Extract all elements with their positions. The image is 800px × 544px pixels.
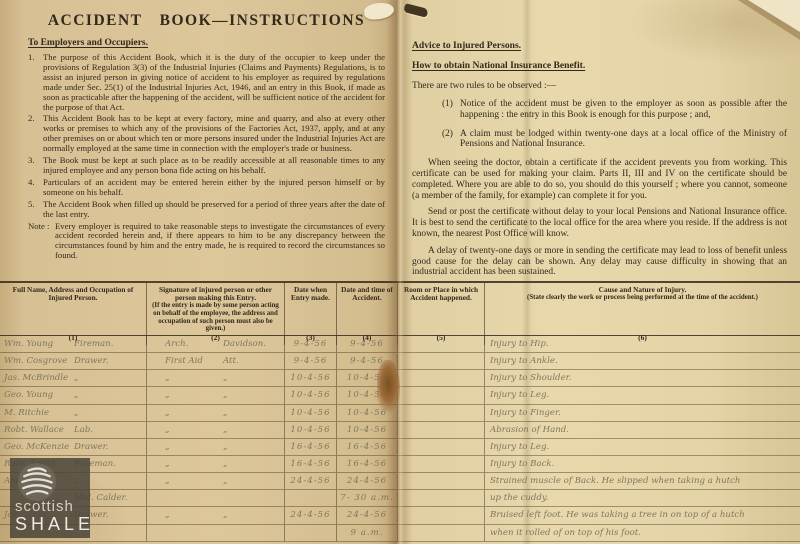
- cause-text: up the cuddy.: [485, 493, 548, 503]
- accident-time: 9 a.m.: [351, 528, 384, 538]
- cause-text: Strained muscle of Back. He slipped when…: [485, 476, 740, 486]
- header-entry-date: Date when Entry made.(3): [285, 283, 337, 345]
- entry-signature: „: [147, 390, 223, 400]
- entry-occupation: Drawer.: [74, 442, 146, 452]
- entry-signature: „: [223, 425, 284, 435]
- cause-text: Injury to Leg.: [485, 442, 549, 452]
- entry-signature: „: [147, 476, 223, 486]
- entry-name: Wm. Cosgrove: [0, 356, 74, 366]
- page-title: ACCIDENT BOOK—INSTRUCTIONS: [28, 12, 385, 30]
- accident-date: 10-4-56: [347, 425, 387, 435]
- cause-text: Injury to Ankle.: [485, 356, 558, 366]
- entry-signature: „: [223, 373, 284, 383]
- advice-paragraph: When seeing the doctor, obtain a certifi…: [412, 158, 787, 201]
- instruction-item: 3.The Book must be kept at such place as…: [28, 156, 385, 176]
- cause-text: Injury to Leg.: [485, 390, 549, 400]
- item-number: 5.: [28, 200, 43, 210]
- entry-signature: „: [223, 510, 284, 520]
- entry-signature: „: [147, 408, 223, 418]
- cause-text: Injury to Shoulder.: [485, 373, 572, 383]
- entry-signature: „: [223, 408, 284, 418]
- entry-signature: „: [147, 442, 223, 452]
- entry-occupation: „: [74, 390, 146, 400]
- entry-date: 16-4-56: [290, 442, 330, 452]
- scottish-shale-watermark: scottish SHALE: [10, 458, 90, 538]
- note-label: Note :: [28, 222, 55, 232]
- entry-signature: „: [223, 442, 284, 452]
- entry-occupation: „: [74, 373, 146, 383]
- accident-date: 24-4-56: [347, 476, 387, 486]
- accident-date: 24-4-56: [347, 510, 387, 520]
- watermark-line2: SHALE: [15, 515, 85, 534]
- accident-book-scan: ACCIDENT BOOK—INSTRUCTIONS To Employers …: [0, 0, 800, 544]
- advice-paragraph: Send or post the certificate without del…: [412, 207, 787, 239]
- rules-intro: There are two rules to be observed :—: [412, 81, 787, 91]
- instruction-item: 5.The Accident Book when filled up shoul…: [28, 200, 385, 220]
- entry-date: 10-4-56: [290, 425, 330, 435]
- cause-text: Injury to Finger.: [485, 408, 561, 418]
- accident-date: 9-4-56: [350, 356, 384, 366]
- header-name: Full Name, Address and Occupation of Inj…: [0, 283, 147, 345]
- advice-paragraph: A delay of twenty-one days or more in se…: [412, 246, 787, 278]
- corner-curl: [748, 0, 800, 32]
- rule-text: A claim must be lodged within twenty-one…: [460, 129, 787, 150]
- instruction-item: 1.The purpose of this Accident Book, whi…: [28, 53, 385, 112]
- item-text: The purpose of this Accident Book, which…: [43, 52, 385, 112]
- cause-text: Abrasion of Hand.: [485, 425, 569, 435]
- entry-date: 10-4-56: [290, 373, 330, 383]
- advice-heading: Advice to Injured Persons.: [412, 40, 787, 51]
- rule-number: (1): [442, 99, 460, 110]
- entry-signature: Att.: [223, 356, 284, 366]
- entry-date: 10-4-56: [290, 390, 330, 400]
- entry-signature: „: [223, 459, 284, 469]
- cause-text: Bruised left foot. He was taking a tree …: [485, 510, 745, 520]
- globe-icon: [18, 463, 56, 501]
- item-number: 1.: [28, 53, 43, 63]
- rule-number: (2): [442, 129, 460, 140]
- entry-signature: „: [147, 425, 223, 435]
- instruction-item: 2.This Accident Book has to be kept at e…: [28, 114, 385, 154]
- item-text: The Book must be kept at such place as t…: [43, 155, 385, 175]
- benefit-heading: How to obtain National Insurance Benefit…: [412, 60, 787, 71]
- accident-date: 16-4-56: [347, 459, 387, 469]
- entry-signature: „: [147, 510, 223, 520]
- cause-text: Injury to Back.: [485, 459, 554, 469]
- entry-occupation: Drawer.: [74, 356, 146, 366]
- entry-name: Geo. McKenzie: [0, 442, 74, 452]
- note-text: Every employer is required to take reaso…: [55, 221, 385, 261]
- entry-signature: „: [223, 390, 284, 400]
- entry-name: Jas. McBrindle: [0, 373, 74, 383]
- item-text: This Accident Book has to be kept at eve…: [43, 113, 385, 153]
- item-number: 3.: [28, 156, 43, 166]
- accident-date: 16-4-56: [347, 442, 387, 452]
- header-cause: Cause and Nature of Injury.(State clearl…: [485, 283, 800, 345]
- entry-signature: „: [147, 373, 223, 383]
- item-number: 2.: [28, 114, 43, 124]
- entry-signature: „: [223, 476, 284, 486]
- instruction-item: 4.Particulars of an accident may be ente…: [28, 178, 385, 198]
- entry-occupation: „: [74, 408, 146, 418]
- entry-date: 10-4-56: [290, 408, 330, 418]
- entry-signature: First Aid: [147, 356, 223, 366]
- rule-item: (2)A claim must be lodged within twenty-…: [412, 129, 787, 151]
- header-signature: Signature of injured person or other per…: [147, 283, 285, 345]
- entry-occupation: Lab.: [74, 425, 146, 435]
- item-text: Particulars of an accident may be entere…: [43, 177, 385, 197]
- rule-item: (1)Notice of the accident must be given …: [412, 99, 787, 121]
- rule-text: Notice of the accident must be given to …: [460, 99, 787, 120]
- entry-date: 16-4-56: [290, 459, 330, 469]
- entry-name: M. Ritchie: [0, 408, 74, 418]
- item-number: 4.: [28, 178, 43, 188]
- entry-date: 9-4-56: [294, 356, 328, 366]
- entry-date: 24-4-56: [290, 510, 330, 520]
- entry-name: Robt. Wallace: [0, 425, 74, 435]
- item-text: The Accident Book when filled up should …: [43, 199, 385, 219]
- entry-date: 24-4-56: [290, 476, 330, 486]
- note-item: Note :Every employer is required to take…: [28, 222, 385, 262]
- center-fold: [386, 0, 412, 544]
- cause-text: when it rolled of on top of his foot.: [485, 528, 641, 538]
- entry-signature: „: [147, 459, 223, 469]
- employers-heading: To Employers and Occupiers.: [28, 38, 385, 48]
- watermark-line1: scottish: [15, 499, 85, 515]
- entry-name: Geo. Young: [0, 390, 74, 400]
